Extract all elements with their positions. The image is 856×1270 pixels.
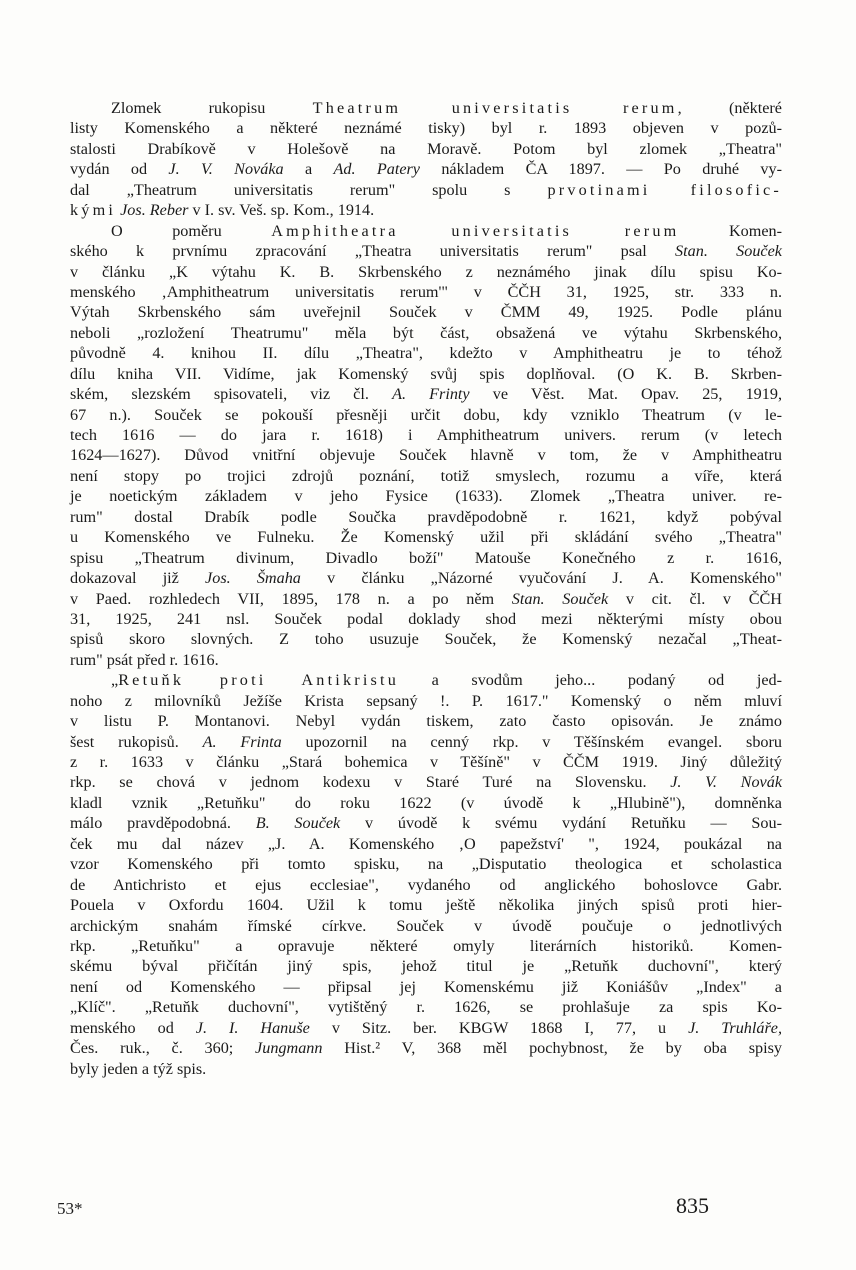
text-line: dal „Theatrum universitatis rerum" spolu… (70, 180, 782, 200)
italic-citation: B. Souček (256, 814, 341, 832)
page-number: 835 (676, 1193, 709, 1219)
text-line: de Antichristo et ejus ecclesiae", vydan… (70, 875, 782, 895)
text-run: tech 1616 — do jara r. 1618) i Amphithea… (70, 426, 782, 444)
text-line: menského ‚Amphitheatrum universitatis re… (70, 282, 782, 302)
text-line: kými Jos. Reber v I. sv. Veš. sp. Kom., … (70, 200, 782, 220)
text-line: skému býval přičítán jiný spis, jehož ti… (70, 956, 782, 976)
italic-citation: Jos. Šmaha (205, 569, 301, 587)
text-run: ského k prvnímu zpracování „Theatra univ… (70, 242, 675, 260)
spaced-title: Retuňk proti Antikristu (118, 671, 399, 689)
text-line: byly jeden a týž spis. (70, 1059, 782, 1079)
text-line: spisu „Theatrum divinum, Divadlo boží" M… (70, 548, 782, 568)
text-run: Komen- (679, 222, 782, 240)
text-line: Výtah Skrbenského sám uveřejnil Souček v… (70, 302, 782, 322)
text-run: 1624—1627). Důvod vnitřní objevuje Souče… (70, 446, 782, 464)
text-run: a svodům jeho... podaný od jed- (399, 671, 782, 689)
text-line: „Retuňk proti Antikristu a svodům jeho..… (70, 670, 782, 690)
text-run: O poměru (111, 222, 271, 240)
spaced-title: kými (70, 201, 116, 219)
text-run: v listu P. Montanovi. Nebyl vydán tiskem… (70, 712, 782, 730)
text-run: není od Komenského — připsal jej Komensk… (70, 978, 782, 996)
text-run: vzor Komenského při tomto spisku, na „Di… (70, 855, 782, 873)
text-line: rum" dostal Drabík podle Součka pravděpo… (70, 507, 782, 527)
text-run: dokazoval již (70, 569, 205, 587)
text-run: noho z milovníků Ježíše Krista sepsaný !… (70, 692, 782, 710)
text-run: menského od (70, 1019, 196, 1037)
text-run: v článku „Názorné vyučování J. A. Komens… (301, 569, 782, 587)
text-line: původně 4. knihou II. dílu „Theatra", kd… (70, 343, 782, 363)
text-line: menského od J. I. Hanuše v Sitz. ber. KB… (70, 1018, 782, 1038)
text-line: 67 n.). Souček se pokouší přesněji určit… (70, 405, 782, 425)
text-line: Pouela v Oxfordu 1604. Užil k tomu ještě… (70, 895, 782, 915)
text-line: není od Komenského — připsal jej Komensk… (70, 977, 782, 997)
italic-citation: Jungmann (255, 1039, 322, 1057)
text-line: v Paed. rozhledech VII, 1895, 178 n. a p… (70, 589, 782, 609)
text-run: v Sitz. ber. KBGW 1868 I, 77, u (310, 1019, 688, 1037)
text-run: skému býval přičítán jiný spis, jehož ti… (70, 957, 782, 975)
text-run: původně 4. knihou II. dílu „Theatra", kd… (70, 344, 782, 362)
italic-citation: J. Truhláře, (688, 1019, 782, 1037)
text-line: O poměru Amphitheatra universitatis reru… (70, 221, 782, 241)
text-line: v listu P. Montanovi. Nebyl vydán tiskem… (70, 711, 782, 731)
text-line: neboli „rozložení Theatrumu" měla být čá… (70, 323, 782, 343)
text-line: v článku „K výtahu K. B. Skrbenského z n… (70, 262, 782, 282)
text-run: v článku „K výtahu K. B. Skrbenského z n… (70, 263, 782, 281)
italic-citation: Ad. Patery (333, 160, 420, 178)
text-run: 31, 1925, 241 nsl. Souček podal doklady … (70, 610, 782, 628)
text-run: rum" psát před r. 1616. (70, 651, 219, 669)
spaced-title: Theatrum universitatis rerum (313, 99, 678, 117)
text-run: je noetickým základem v jeho Fysice (163… (70, 487, 782, 505)
text-run: v cit. čl. v ČČH (608, 590, 782, 608)
text-run: u Komenského ve Fulneku. Že Komenský uži… (70, 528, 782, 546)
italic-citation: J. V. Nováka (168, 160, 283, 178)
text-run: de Antichristo et ejus ecclesiae", vydan… (70, 876, 782, 894)
signature-mark: 53* (57, 1199, 83, 1219)
text-line: „Klíč". „Retuňk duchovní", vytištěný r. … (70, 997, 782, 1017)
text-run: rum" dostal Drabík podle Součka pravděpo… (70, 508, 782, 526)
text-line: vydán od J. V. Nováka a Ad. Patery nákla… (70, 159, 782, 179)
text-run: v úvodě k svému vydání Retuňku — Sou- (340, 814, 782, 832)
italic-citation: J. V. Novák (670, 773, 782, 791)
text-run: 67 n.). Souček se pokouší přesněji určit… (70, 406, 782, 424)
text-line: dokazoval již Jos. Šmaha v článku „Názor… (70, 568, 782, 588)
text-line: rum" psát před r. 1616. (70, 650, 782, 670)
text-line: rkp. „Retuňku" a opravuje některé omyly … (70, 936, 782, 956)
text-line: šest rukopisů. A. Frinta upozornil na ce… (70, 732, 782, 752)
text-run: rkp. se chová v jednom kodexu v Staré Tu… (70, 773, 670, 791)
document-body: Zlomek rukopisu Theatrum universitatis r… (70, 98, 782, 1079)
text-line: 31, 1925, 241 nsl. Souček podal doklady … (70, 609, 782, 629)
text-run: Hist.² V, 368 měl pochybnost, že by oba … (322, 1039, 782, 1057)
text-run: byly jeden a týž spis. (70, 1060, 206, 1078)
italic-citation: A. Frinty (392, 385, 470, 403)
text-line: 1624—1627). Důvod vnitřní objevuje Souče… (70, 445, 782, 465)
text-line: spisů skoro slovných. Z toho usuzuje Sou… (70, 629, 782, 649)
text-run: Pouela v Oxfordu 1604. Užil k tomu ještě… (70, 896, 782, 914)
text-run: listy Komenského a některé neznámé tisky… (70, 119, 782, 137)
italic-citation: Stan. Souček (675, 242, 782, 260)
italic-citation: Jos. Reber (120, 201, 188, 219)
text-line: tech 1616 — do jara r. 1618) i Amphithea… (70, 425, 782, 445)
text-line: Čes. ruk., č. 360; Jungmann Hist.² V, 36… (70, 1038, 782, 1058)
text-run: dal „Theatrum universitatis rerum" spolu… (70, 181, 547, 199)
text-run: ček mu dal název „J. A. Komenského ‚O pa… (70, 835, 782, 853)
text-run: málo pravděpodobná. (70, 814, 256, 832)
spaced-title: Amphitheatra universitatis rerum (271, 222, 679, 240)
italic-citation: Stan. Souček (512, 590, 608, 608)
text-line: stalosti Drabíkově v Holešově na Moravě.… (70, 139, 782, 159)
text-run: vydán od (70, 160, 168, 178)
text-run: spisů skoro slovných. Z toho usuzuje Sou… (70, 630, 782, 648)
text-line: vzor Komenského při tomto spisku, na „Di… (70, 854, 782, 874)
text-line: dílu kniha VII. Vidíme, jak Komenský svů… (70, 364, 782, 384)
text-line: ském, slezském spisovateli, viz čl. A. F… (70, 384, 782, 404)
text-run: , (některé (678, 99, 782, 117)
text-run: spisu „Theatrum divinum, Divadlo boží" M… (70, 549, 782, 567)
text-run: šest rukopisů. (70, 733, 203, 751)
text-line: rkp. se chová v jednom kodexu v Staré Tu… (70, 772, 782, 792)
text-run: kladl vznik „Retuňku" do roku 1622 (v úv… (70, 794, 782, 812)
text-run: ve Věst. Mat. Opav. 25, 1919, (470, 385, 782, 403)
italic-citation: A. Frinta (203, 733, 282, 751)
text-run: z r. 1633 v článku „Stará bohemica v Těš… (70, 753, 782, 771)
text-run: „Klíč". „Retuňk duchovní", vytištěný r. … (70, 998, 782, 1016)
text-run: není stopy po trojici zdrojů poznání, to… (70, 467, 782, 485)
text-line: kladl vznik „Retuňku" do roku 1622 (v úv… (70, 793, 782, 813)
text-line: z r. 1633 v článku „Stará bohemica v Těš… (70, 752, 782, 772)
text-run: rkp. „Retuňku" a opravuje některé omyly … (70, 937, 782, 955)
italic-citation: J. I. Hanuše (196, 1019, 310, 1037)
text-line: není stopy po trojici zdrojů poznání, to… (70, 466, 782, 486)
text-run: v Paed. rozhledech VII, 1895, 178 n. a p… (70, 590, 512, 608)
text-run: nákladem ČA 1897. — Po druhé vy- (420, 160, 782, 178)
text-run: v I. sv. Veš. sp. Kom., 1914. (188, 201, 374, 219)
text-line: archickým snahám římské církve. Souček v… (70, 916, 782, 936)
text-run: neboli „rozložení Theatrumu" měla být čá… (70, 324, 782, 342)
text-run: Výtah Skrbenského sám uveřejnil Souček v… (70, 303, 782, 321)
text-run: a (284, 160, 334, 178)
text-line: ček mu dal název „J. A. Komenského ‚O pa… (70, 834, 782, 854)
text-line: je noetickým základem v jeho Fysice (163… (70, 486, 782, 506)
text-line: Zlomek rukopisu Theatrum universitatis r… (70, 98, 782, 118)
text-run: upozornil na cenný rkp. v Těšínském evan… (282, 733, 782, 751)
text-line: u Komenského ve Fulneku. Že Komenský uži… (70, 527, 782, 547)
text-run: Čes. ruk., č. 360; (70, 1039, 255, 1057)
text-run: Zlomek rukopisu (111, 99, 313, 117)
text-line: noho z milovníků Ježíše Krista sepsaný !… (70, 691, 782, 711)
text-line: málo pravděpodobná. B. Souček v úvodě k … (70, 813, 782, 833)
text-line: ského k prvnímu zpracování „Theatra univ… (70, 241, 782, 261)
text-run: menského ‚Amphitheatrum universitatis re… (70, 283, 782, 301)
text-run: dílu kniha VII. Vidíme, jak Komenský svů… (70, 365, 782, 383)
text-line: listy Komenského a některé neznámé tisky… (70, 118, 782, 138)
spaced-title: prvotinami filosofic- (547, 181, 782, 199)
text-run: ském, slezském spisovateli, viz čl. (70, 385, 392, 403)
text-run: archickým snahám římské církve. Souček v… (70, 917, 782, 935)
text-run: stalosti Drabíkově v Holešově na Moravě.… (70, 140, 782, 158)
